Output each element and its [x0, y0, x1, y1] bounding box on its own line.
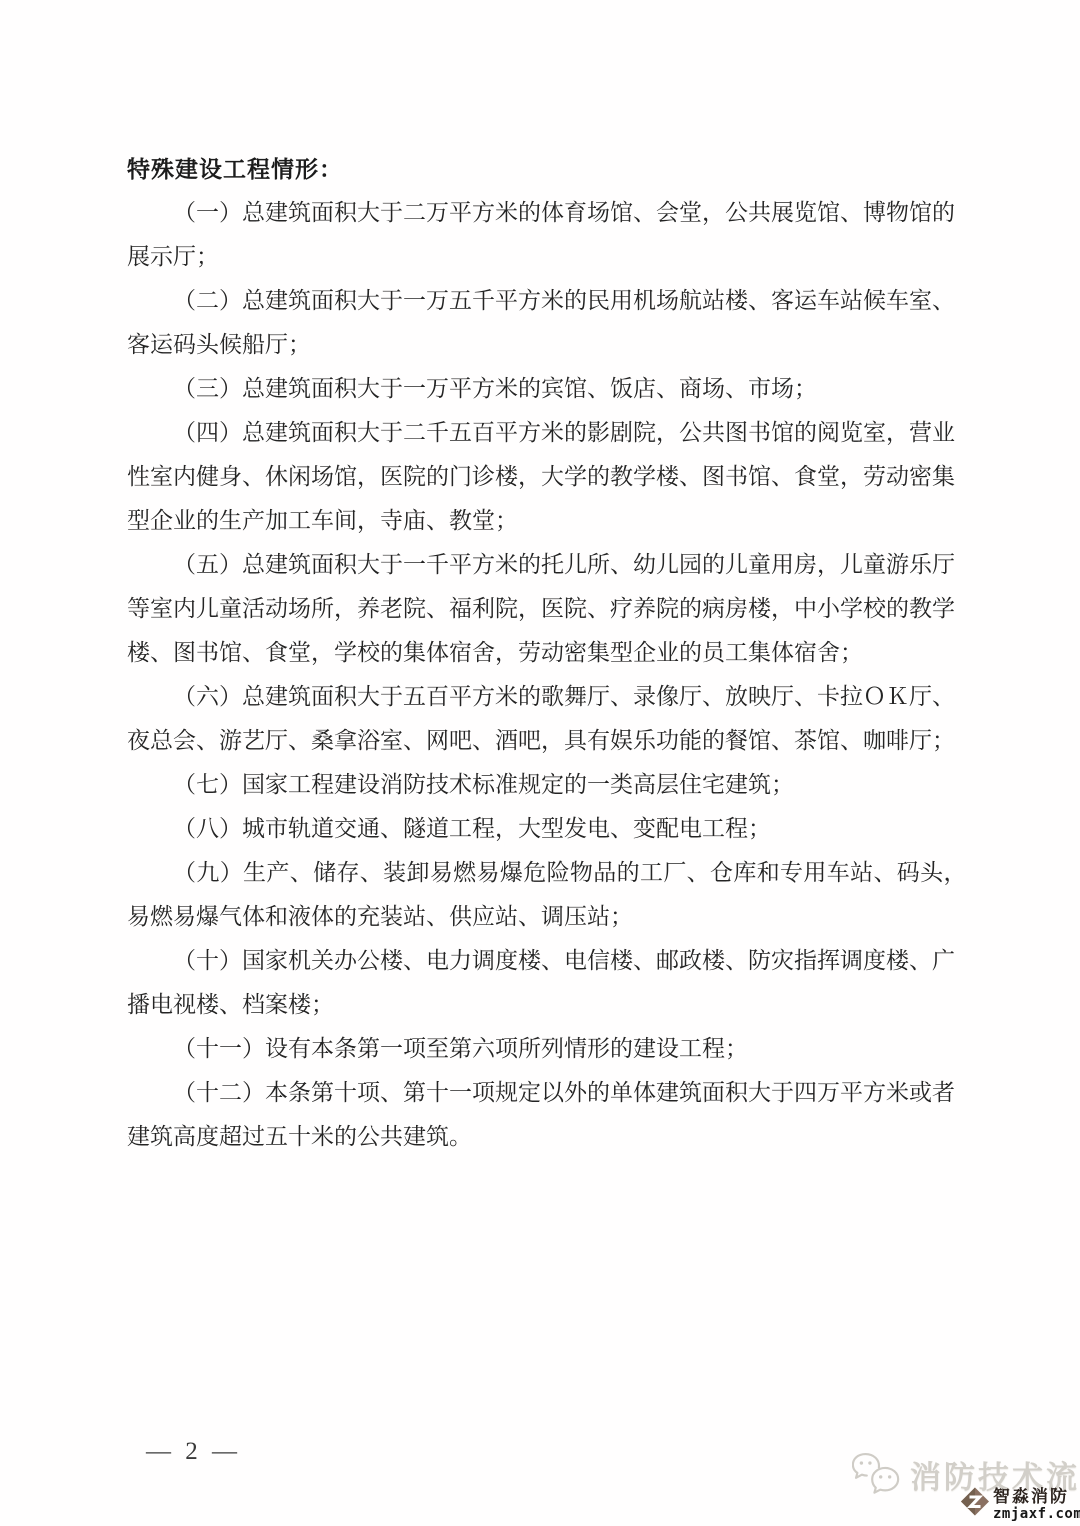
brand-text-block: 智淼消防 zmjaxf.com	[993, 1488, 1080, 1521]
wechat-icon	[852, 1448, 904, 1501]
page-title: 特殊建设工程情形：	[127, 147, 343, 191]
list-item-4: （四）总建筑面积大于二千五百平方米的影剧院，公共图书馆的阅览室，营业性室内健身、…	[127, 411, 955, 543]
list-item-11: （十一）设有本条第一项至第六项所列情形的建设工程；	[127, 1027, 955, 1071]
list-item-10: （十）国家机关办公楼、电力调度楼、电信楼、邮政楼、防灾指挥调度楼、广播电视楼、档…	[127, 939, 955, 1027]
diamond-logo-icon	[960, 1486, 990, 1522]
document-body: （一）总建筑面积大于二万平方米的体育场馆、会堂，公共展览馆、博物馆的展示厅；（二…	[127, 191, 955, 1159]
document-page: 特殊建设工程情形： （一）总建筑面积大于二万平方米的体育场馆、会堂，公共展览馆、…	[0, 0, 1080, 1526]
list-item-1: （一）总建筑面积大于二万平方米的体育场馆、会堂，公共展览馆、博物馆的展示厅；	[127, 191, 955, 279]
list-item-3: （三）总建筑面积大于一万平方米的宾馆、饭店、商场、市场；	[127, 367, 955, 411]
page-footer: — 2 —	[146, 1438, 241, 1466]
list-item-9: （九）生产、储存、装卸易燃易爆危险物品的工厂、仓库和专用车站、码头， 易燃易爆气…	[127, 851, 955, 939]
list-item-12: （十二）本条第十项、第十一项规定以外的单体建筑面积大于四万平方米或者建筑高度超过…	[127, 1071, 955, 1159]
watermark-brand: 智淼消防 zmjaxf.com	[960, 1486, 1080, 1522]
list-item-2: （二）总建筑面积大于一万五千平方米的民用机场航站楼、客运车站候车室、客运码头候船…	[127, 279, 955, 367]
list-item-6: （六）总建筑面积大于五百平方米的歌舞厅、录像厅、放映厅、卡拉ＯＫ厅、夜总会、游艺…	[127, 675, 955, 763]
brand-url: zmjaxf.com	[993, 1507, 1080, 1521]
list-item-8: （八）城市轨道交通、隧道工程，大型发电、变配电工程；	[127, 807, 955, 851]
brand-name: 智淼消防	[993, 1488, 1080, 1505]
list-item-7: （七）国家工程建设消防技术标准规定的一类高层住宅建筑；	[127, 763, 955, 807]
list-item-5: （五）总建筑面积大于一千平方米的托儿所、幼儿园的儿童用房，儿童游乐厅等室内儿童活…	[127, 543, 955, 675]
page-number: — 2 —	[146, 1438, 241, 1465]
